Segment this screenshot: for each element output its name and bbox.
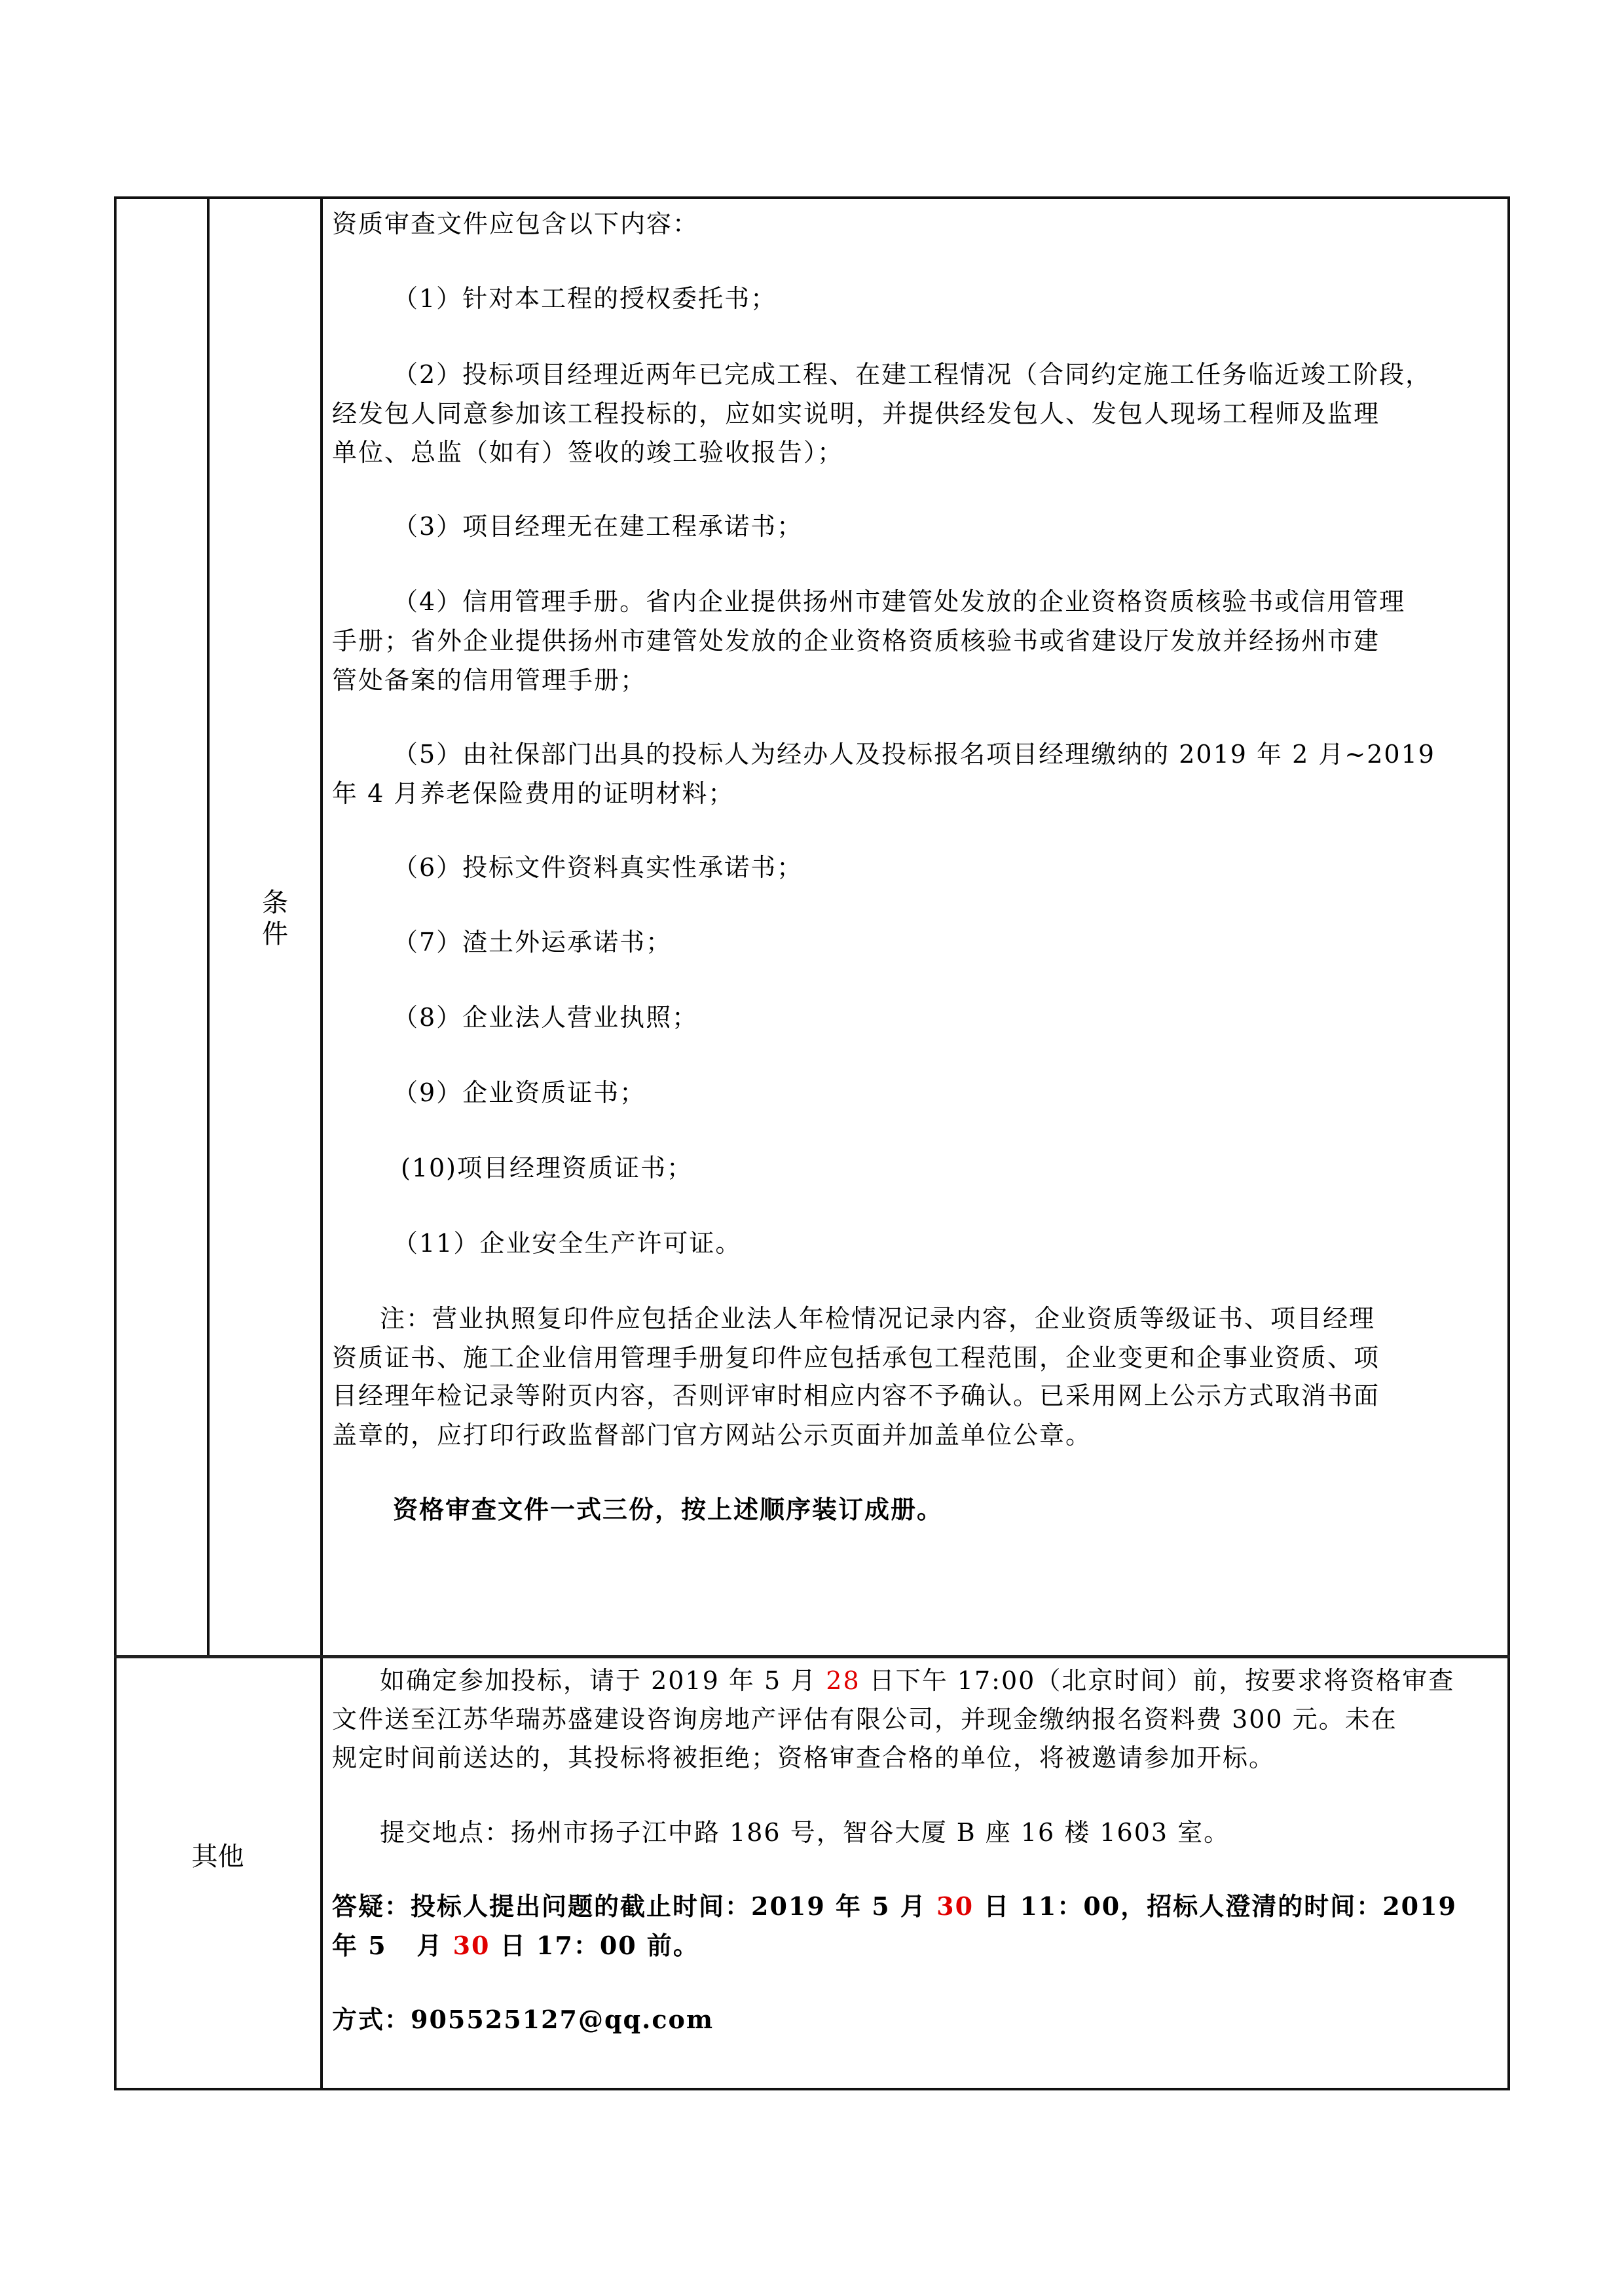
binding-note: 资格审查文件一式三份，按上述顺序装订成册。 bbox=[393, 1494, 943, 1525]
submission-text-post: 日下午 17:00（北京时间）前，按要求将资格审查 bbox=[860, 1666, 1455, 1695]
row-divider bbox=[114, 1655, 1510, 1658]
item-6: （6）投标文件资料真实性承诺书； bbox=[393, 852, 803, 883]
document-page: 条 件 资质审查文件应包含以下内容： （1）针对本工程的授权委托书； （2）投标… bbox=[0, 0, 1624, 2296]
note-line-4: 盖章的，应打印行政监督部门官方网站公示页面并加盖单位公章。 bbox=[332, 1419, 1092, 1451]
qa-line-2: 年 5 月 30 日 17：00 前。 bbox=[332, 1930, 699, 1961]
item-11: （11）企业安全生产许可证。 bbox=[393, 1228, 741, 1259]
qa-text-pre: 答疑：投标人提出问题的截止时间：2019 年 5 月 bbox=[332, 1891, 936, 1921]
item-1: （1）针对本工程的授权委托书； bbox=[393, 283, 777, 314]
qa-text-post: 日 11：00，招标人澄清的时间：2019 bbox=[974, 1891, 1457, 1921]
note-line-1: 注：营业执照复印件应包括企业法人年检情况记录内容，企业资质等级证书、项目经理 bbox=[380, 1303, 1375, 1334]
item-5-line-2: 年 4 月养老保险费用的证明材料； bbox=[332, 778, 734, 809]
submission-line-3: 规定时间前送达的，其投标将被拒绝；资格审查合格的单位，将被邀请参加开标。 bbox=[332, 1742, 1275, 1774]
item-8: （8）企业法人营业执照； bbox=[393, 1002, 698, 1033]
item-2-line-2: 经发包人同意参加该工程投标的，应如实说明，并提供经发包人、发包人现场工程师及监理 bbox=[332, 398, 1380, 429]
conditions-label: 条 件 bbox=[255, 887, 295, 950]
item-9: （9）企业资质证书； bbox=[393, 1077, 646, 1108]
qa-clarification-day: 30 bbox=[453, 1931, 490, 1960]
item-2-line-3: 单位、总监（如有）签收的竣工验收报告）； bbox=[332, 437, 843, 468]
submission-line-2: 文件送至江苏华瑞苏盛建设咨询房地产评估有限公司，并现金缴纳报名资料费 300 元… bbox=[332, 1704, 1397, 1735]
column-divider-1 bbox=[207, 196, 210, 1658]
qa-line-1: 答疑：投标人提出问题的截止时间：2019 年 5 月 30 日 11：00，招标… bbox=[332, 1891, 1457, 1922]
conditions-label-char-2: 件 bbox=[255, 919, 295, 950]
submission-deadline-day: 28 bbox=[826, 1666, 860, 1695]
conditions-intro: 资质审查文件应包含以下内容： bbox=[332, 208, 699, 240]
submission-line-1: 如确定参加投标，请于 2019 年 5 月 28 日下午 17:00（北京时间）… bbox=[380, 1665, 1454, 1696]
item-10: (10)项目经理资质证书； bbox=[401, 1152, 693, 1184]
item-4-line-1: （4）信用管理手册。省内企业提供扬州市建管处发放的企业资格资质核验书或信用管理 bbox=[393, 586, 1405, 617]
note-line-2: 资质证书、施工企业信用管理手册复印件应包括承包工程范围，企业变更和企事业资质、项 bbox=[332, 1342, 1380, 1374]
conditions-label-char-1: 条 bbox=[255, 887, 295, 919]
item-2-line-1: （2）投标项目经理近两年已完成工程、在建工程情况（合同约定施工任务临近竣工阶段， bbox=[393, 359, 1431, 390]
contact-email[interactable]: 方式：905525127@qq.com bbox=[332, 2004, 714, 2035]
item-5-line-1: （5）由社保部门出具的投标人为经办人及投标报名项目经理缴纳的 2019 年 2 … bbox=[393, 738, 1435, 770]
item-7: （7）渣土外运承诺书； bbox=[393, 926, 672, 958]
submission-address: 提交地点：扬州市扬子江中路 186 号，智谷大厦 B 座 16 楼 1603 室… bbox=[380, 1817, 1230, 1848]
note-line-3: 目经理年检记录等附页内容，否则评审时相应内容不予确认。已采用网上公示方式取消书面 bbox=[332, 1380, 1380, 1412]
submission-text-pre: 如确定参加投标，请于 2019 年 5 月 bbox=[380, 1666, 826, 1695]
item-4-line-3: 管处备案的信用管理手册； bbox=[332, 665, 646, 696]
qa-question-deadline-day: 30 bbox=[936, 1891, 974, 1921]
column-divider-2 bbox=[320, 196, 323, 2090]
item-3: （3）项目经理无在建工程承诺书； bbox=[393, 511, 803, 542]
requirements-table bbox=[114, 196, 1510, 2090]
item-4-line-2: 手册；省外企业提供扬州市建管处发放的企业资格资质核验书或省建设厅发放并经扬州市建 bbox=[332, 625, 1380, 657]
qa2-text-pre: 年 5 月 bbox=[332, 1931, 453, 1960]
qa2-text-post: 日 17：00 前。 bbox=[490, 1931, 699, 1960]
other-label: 其他 bbox=[114, 1841, 322, 1872]
